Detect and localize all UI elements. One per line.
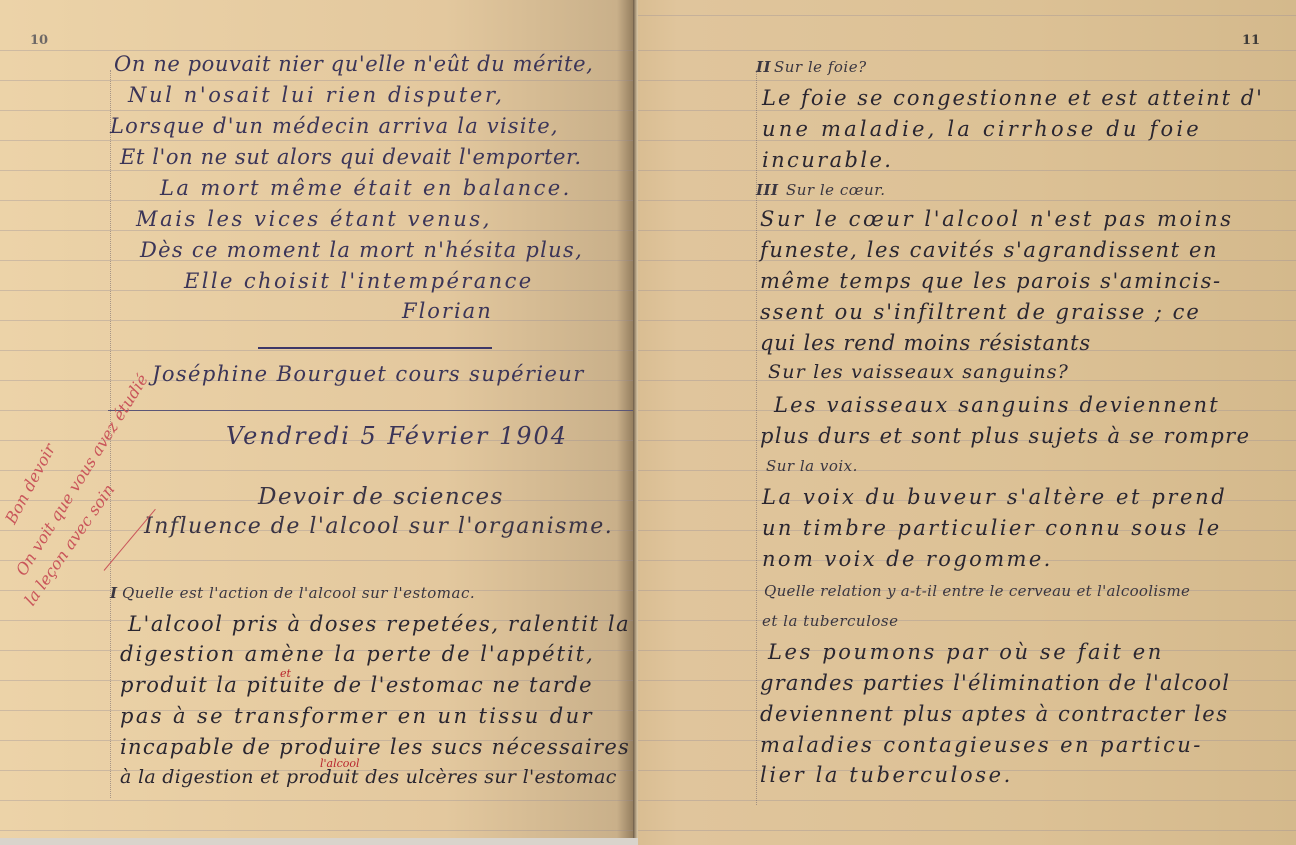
answer-line: plus durs et sont plus sujets à se rompr… [760, 424, 1250, 448]
answer-line: Les vaisseaux sanguins deviennent [774, 393, 1220, 417]
question-numeral: II [756, 58, 771, 76]
answer-line: une maladie, la cirrhose du foie [762, 117, 1202, 141]
answer-line: deviennent plus aptes à contracter les [760, 702, 1229, 726]
answer-line: funeste, les cavités s'agrandissent en [760, 238, 1218, 262]
question-text: Quelle relation y a-t-il entre le cervea… [764, 582, 1190, 600]
question-text: Sur le cœur. [786, 181, 886, 199]
answer-line: ssent ou s'infiltrent de graisse ; ce [760, 300, 1201, 324]
answer-line: produit la pituite de l'estomac ne tarde [120, 673, 593, 697]
signature-divider [258, 347, 492, 349]
poem-line: Et l'on ne sut alors qui devait l'emport… [120, 145, 582, 169]
answer-line: Les poumons par où se fait en [768, 640, 1164, 664]
correction-insert: et [280, 667, 291, 680]
teacher-check-stroke [104, 509, 156, 571]
answer-line: nom voix de rogomme. [762, 547, 1053, 571]
answer-line: Sur le cœur l'alcool n'est pas moins [760, 207, 1234, 231]
poem-author: Florian [402, 299, 493, 323]
student-signature: Joséphine Bourguet cours supérieur [152, 362, 585, 386]
poem-line: La mort même était en balance. [160, 176, 572, 200]
answer-line: pas à se transformer en un tissu dur [120, 704, 594, 728]
assignment-subject: Influence de l'alcool sur l'organisme. [144, 514, 613, 539]
assignment-title: Devoir de sciences [258, 484, 504, 510]
question-numeral: I [110, 584, 118, 602]
open-notebook: 10 On ne pouvait nier qu'elle n'eût du m… [0, 0, 1296, 845]
answer-line: lier la tuberculose. [760, 763, 1013, 787]
answer-line: qui les rend moins résistants [760, 331, 1091, 355]
answer-line: L'alcool pris à doses repetées, ralentit… [128, 612, 630, 636]
answer-line: même temps que les parois s'amincis- [760, 269, 1222, 293]
right-page: 11 II Sur le foie? Le foie se congestion… [638, 0, 1296, 845]
answer-line: incurable. [762, 148, 893, 172]
poem-line: Nul n'osait lui rien disputer, [128, 83, 505, 107]
answer-line: incapable de produire les sucs nécessair… [120, 735, 630, 759]
answer-line: un timbre particulier connu sous le [762, 516, 1222, 540]
page-number: 11 [1242, 33, 1260, 48]
question-text: Sur la voix. [766, 457, 858, 475]
answer-line: digestion amène la perte de l'appétit, [120, 642, 595, 666]
answer-line: maladies contagieuses en particu- [760, 733, 1203, 757]
question-numeral: III [756, 181, 779, 199]
answer-line: à la digestion et produit des ulcères su… [120, 766, 617, 788]
answer-line: grandes parties l'élimination de l'alcoo… [760, 671, 1230, 695]
question-text: Quelle est l'action de l'alcool sur l'es… [122, 584, 475, 602]
answer-line: La voix du buveur s'altère et prend [762, 485, 1227, 509]
poem-line: Elle choisit l'intempérance [184, 269, 534, 293]
page-number: 10 [30, 33, 48, 48]
answer-line: Le foie se congestionne et est atteint d… [762, 86, 1264, 110]
question-text: et la tuberculose [762, 612, 898, 630]
left-page: 10 On ne pouvait nier qu'elle n'eût du m… [0, 0, 636, 838]
correction-insert: l'alcool [320, 757, 360, 770]
poem-line: Lorsque d'un médecin arriva la visite, [110, 114, 559, 138]
section-separator [108, 410, 636, 411]
assignment-date: Vendredi 5 Février 1904 [226, 422, 568, 450]
question-text: Sur le foie? [774, 58, 867, 76]
poem-line: Dès ce moment la mort n'hésita plus, [140, 238, 583, 262]
question-text: Sur les vaisseaux sanguins? [768, 361, 1069, 383]
poem-line: Mais les vices étant venus, [136, 207, 492, 231]
poem-line: On ne pouvait nier qu'elle n'eût du méri… [114, 52, 593, 76]
